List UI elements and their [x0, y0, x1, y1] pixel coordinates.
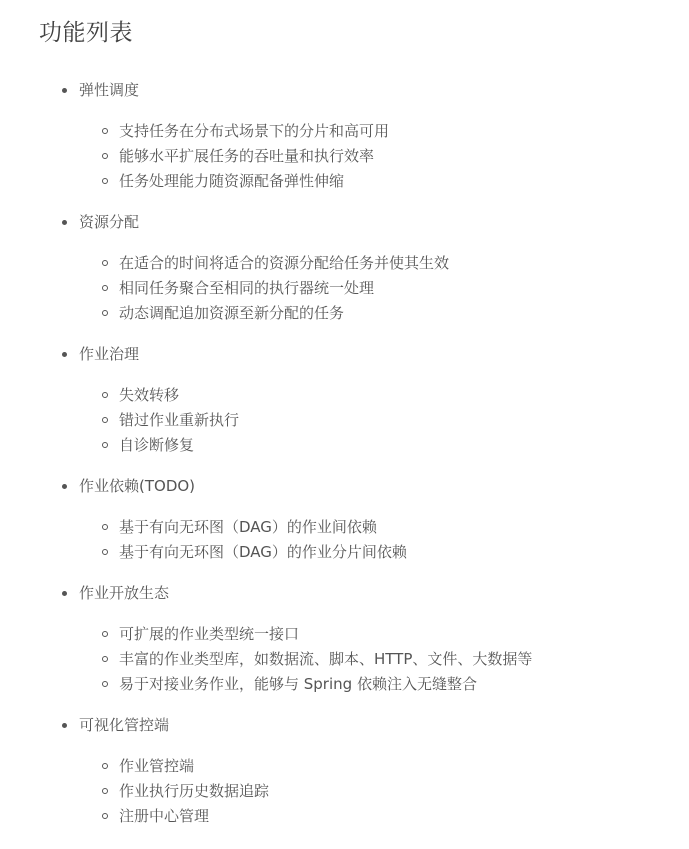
list-item: 任务处理能力随资源配备弹性伸缩 — [0, 169, 689, 194]
section-heading: 弹性调度 — [79, 78, 139, 102]
bullet-circle-icon — [102, 417, 108, 423]
list-item-text: 能够水平扩展任务的吞吐量和执行效率 — [119, 144, 374, 168]
list-item-text: 作业管控端 — [119, 754, 194, 778]
list-item: 失效转移 — [0, 383, 689, 408]
bullet-circle-icon — [102, 681, 108, 687]
list-item: 动态调配追加资源至新分配的任务 — [0, 301, 689, 326]
list-item-text: 任务处理能力随资源配备弹性伸缩 — [119, 169, 344, 193]
list-item: 易于对接业务作业，能够与 Spring 依赖注入无缝整合 — [0, 672, 689, 697]
bullet-disc-icon — [62, 723, 67, 728]
bullet-circle-icon — [102, 813, 108, 819]
list-item: 相同任务聚合至相同的执行器统一处理 — [0, 276, 689, 301]
bullet-disc-icon — [62, 591, 67, 596]
bullet-circle-icon — [102, 656, 108, 662]
list-item-text: 支持任务在分布式场景下的分片和高可用 — [119, 119, 389, 143]
bullet-circle-icon — [102, 285, 108, 291]
section-heading: 作业依赖(TODO) — [79, 474, 195, 498]
section-heading: 作业治理 — [79, 342, 139, 366]
list-item-text: 基于有向无环图（DAG）的作业间依赖 — [119, 515, 377, 539]
list-item-text: 基于有向无环图（DAG）的作业分片间依赖 — [119, 540, 407, 564]
list-item-text: 注册中心管理 — [119, 804, 209, 828]
list-item: 自诊断修复 — [0, 433, 689, 458]
bullet-circle-icon — [102, 549, 108, 555]
bullet-circle-icon — [102, 442, 108, 448]
list-item: 支持任务在分布式场景下的分片和高可用 — [0, 119, 689, 144]
list-item-text: 在适合的时间将适合的资源分配给任务并使其生效 — [119, 251, 449, 275]
list-item-text: 相同任务聚合至相同的执行器统一处理 — [119, 276, 374, 300]
list-item: 基于有向无环图（DAG）的作业间依赖 — [0, 515, 689, 540]
list-item: 可扩展的作业类型统一接口 — [0, 622, 689, 647]
list-item-text: 可扩展的作业类型统一接口 — [119, 622, 299, 646]
list-item: 注册中心管理 — [0, 804, 689, 829]
list-item: 丰富的作业类型库，如数据流、脚本、HTTP、文件、大数据等 — [0, 647, 689, 672]
bullet-circle-icon — [102, 310, 108, 316]
bullet-circle-icon — [102, 524, 108, 530]
bullet-disc-icon — [62, 220, 67, 225]
bullet-disc-icon — [62, 88, 67, 93]
bullet-circle-icon — [102, 788, 108, 794]
bullet-circle-icon — [102, 128, 108, 134]
section-heading: 可视化管控端 — [79, 713, 169, 737]
list-item: 基于有向无环图（DAG）的作业分片间依赖 — [0, 540, 689, 565]
page-title: 功能列表 — [39, 17, 133, 49]
bullet-circle-icon — [102, 153, 108, 159]
list-item: 错过作业重新执行 — [0, 408, 689, 433]
bullet-disc-icon — [62, 352, 67, 357]
list-item: 作业管控端 — [0, 754, 689, 779]
bullet-disc-icon — [62, 484, 67, 489]
list-item-text: 错过作业重新执行 — [119, 408, 239, 432]
document-page: 功能列表 弹性调度 支持任务在分布式场景下的分片和高可用 能够水平扩展任务的吞吐… — [0, 0, 689, 849]
list-item-text: 作业执行历史数据追踪 — [119, 779, 269, 803]
list-item-text: 失效转移 — [119, 383, 179, 407]
list-item-text: 易于对接业务作业，能够与 Spring 依赖注入无缝整合 — [119, 672, 477, 696]
bullet-circle-icon — [102, 631, 108, 637]
list-item: 能够水平扩展任务的吞吐量和执行效率 — [0, 144, 689, 169]
list-item-text: 自诊断修复 — [119, 433, 194, 457]
section-heading: 作业开放生态 — [79, 581, 169, 605]
list-item-text: 丰富的作业类型库，如数据流、脚本、HTTP、文件、大数据等 — [119, 647, 532, 671]
bullet-circle-icon — [102, 392, 108, 398]
bullet-circle-icon — [102, 178, 108, 184]
bullet-circle-icon — [102, 260, 108, 266]
list-item: 作业执行历史数据追踪 — [0, 779, 689, 804]
list-item: 在适合的时间将适合的资源分配给任务并使其生效 — [0, 251, 689, 276]
bullet-circle-icon — [102, 763, 108, 769]
list-item-text: 动态调配追加资源至新分配的任务 — [119, 301, 344, 325]
section-heading: 资源分配 — [79, 210, 139, 234]
